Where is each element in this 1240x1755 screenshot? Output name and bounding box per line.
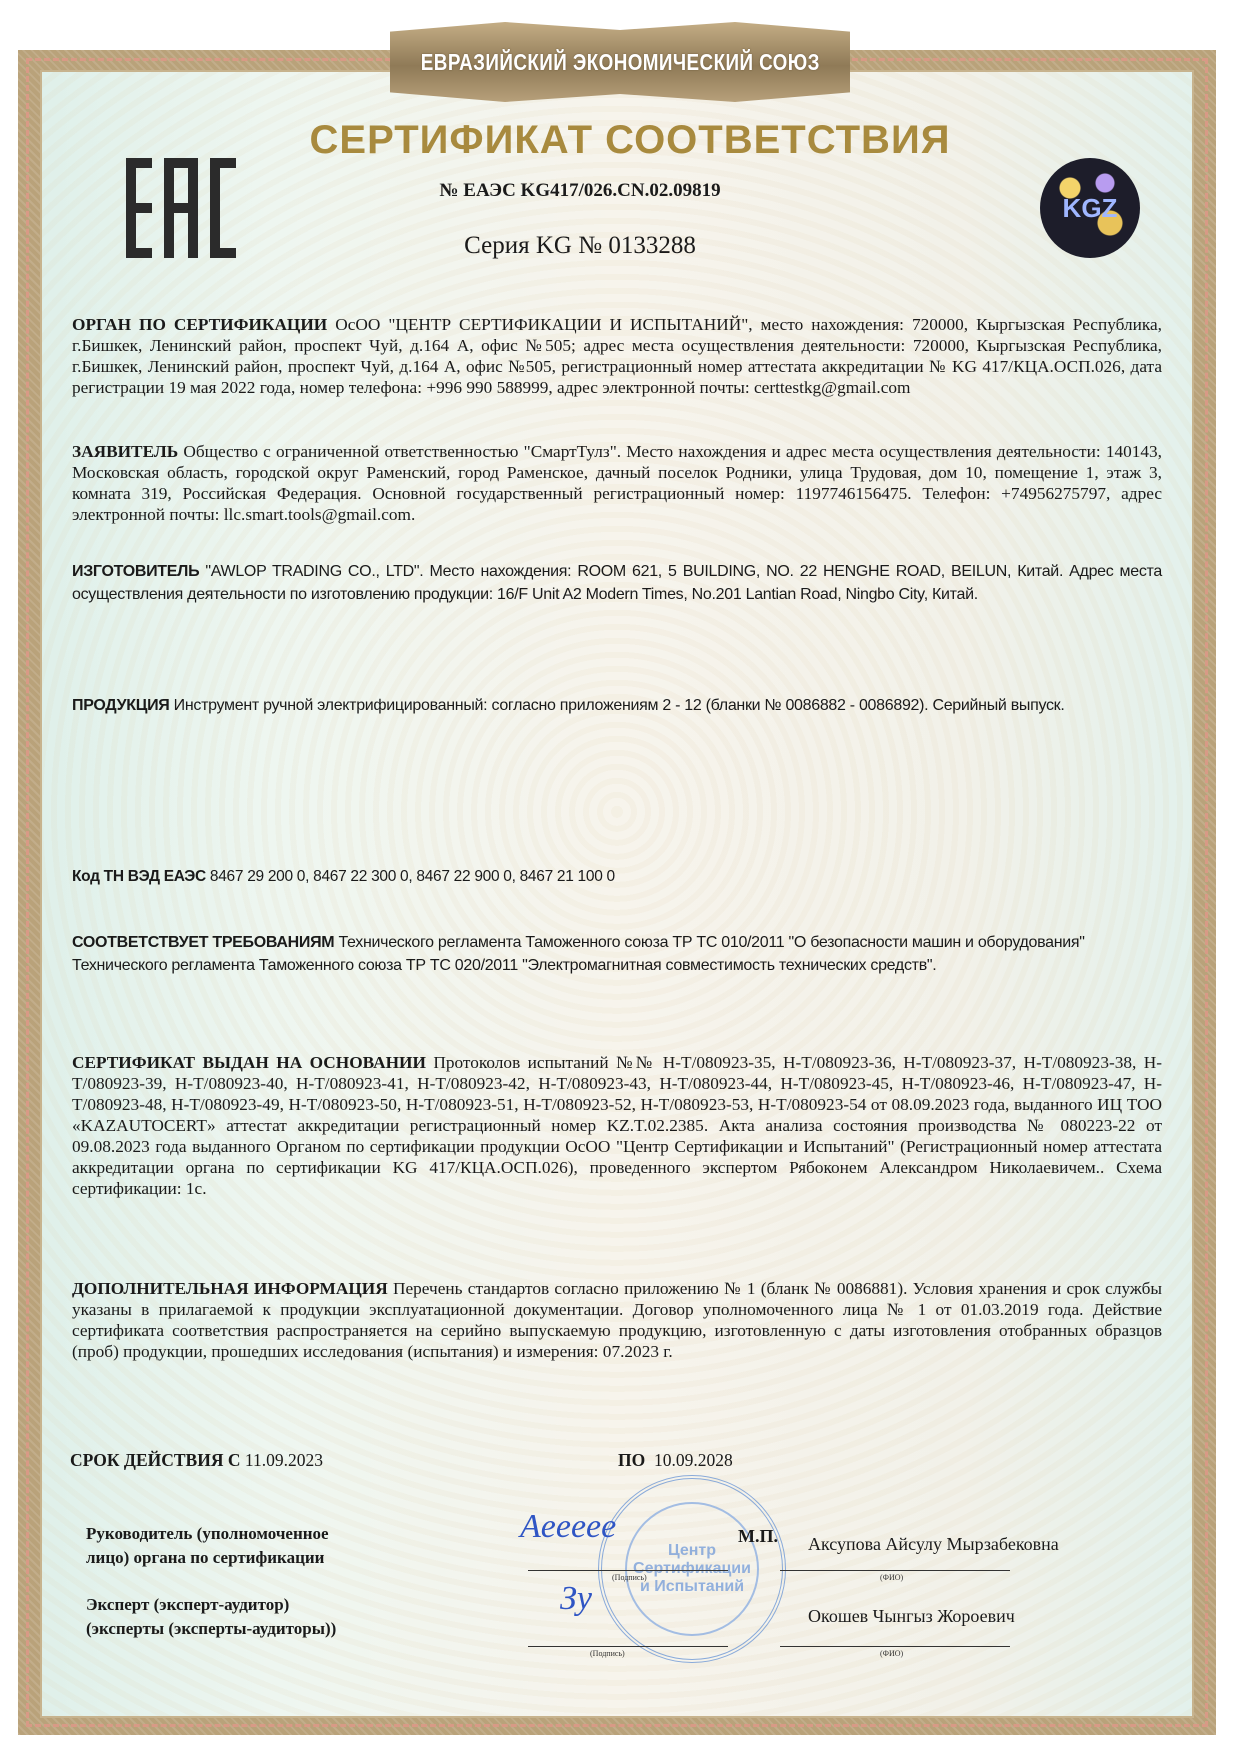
section-basis: СЕРТИФИКАТ ВЫДАН НА ОСНОВАНИИ Протоколов… <box>72 1052 1162 1199</box>
head-fio-caption: (ФИО) <box>880 1573 903 1582</box>
eac-logo-graphic <box>126 158 236 258</box>
validity-from-label: СРОК ДЕЙСТВИЯ С <box>70 1450 240 1470</box>
section-label: ПРОДУКЦИЯ <box>72 697 170 714</box>
section-organ: ОРГАН ПО СЕРТИФИКАЦИИ ОсОО "ЦЕНТР СЕРТИФ… <box>72 314 1162 398</box>
section-label: ИЗГОТОВИТЕЛЬ <box>72 563 199 580</box>
hologram-text: KGZ <box>1063 193 1118 224</box>
head-signatory-name: Аксупова Айсулу Мырзабековна <box>808 1534 1059 1555</box>
union-banner-text: ЕВРАЗИЙСКИЙ ЭКОНОМИЧЕСКИЙ СОЮЗ <box>420 49 819 76</box>
expert-fio-line <box>780 1646 1010 1647</box>
section-label: СООТВЕТСТВУЕТ ТРЕБОВАНИЯМ <box>72 934 334 951</box>
section-applicant: ЗАЯВИТЕЛЬ Общество с ограниченной ответс… <box>72 441 1162 525</box>
expert-signature-caption: (Подпись) <box>590 1649 625 1658</box>
section-text: Инструмент ручной электрифицированный: с… <box>174 697 1065 714</box>
union-banner: ЕВРАЗИЙСКИЙ ЭКОНОМИЧЕСКИЙ СОЮЗ <box>390 22 850 102</box>
section-additional-info: ДОПОЛНИТЕЛЬНАЯ ИНФОРМАЦИЯ Перечень станд… <box>72 1278 1162 1362</box>
section-label: ДОПОЛНИТЕЛЬНАЯ ИНФОРМАЦИЯ <box>72 1279 388 1298</box>
expert-fio-caption: (ФИО) <box>880 1649 903 1658</box>
section-tnved-code: Код ТН ВЭД ЕАЭС 8467 29 200 0, 8467 22 3… <box>72 866 1162 887</box>
section-product: ПРОДУКЦИЯ Инструмент ручной электрифицир… <box>72 694 1162 717</box>
validity-from: СРОК ДЕЙСТВИЯ С 11.09.2023 <box>70 1450 323 1471</box>
certificate-series: Серия KG № 0133288 <box>300 232 860 260</box>
expert-label-line1: Эксперт (эксперт-аудитор) <box>86 1595 289 1614</box>
expert-signature-icon: Зy <box>560 1580 592 1618</box>
section-label: Код ТН ВЭД ЕАЭС <box>72 868 206 885</box>
head-label-line2: лицо) органа по сертификации <box>86 1548 324 1567</box>
head-signature-icon: Aeeeee <box>520 1508 616 1546</box>
section-text: 8467 29 200 0, 8467 22 300 0, 8467 22 90… <box>210 868 615 885</box>
expert-signatory-name: Окошев Чынгыз Жороевич <box>808 1606 1015 1627</box>
section-label: ОРГАН ПО СЕРТИФИКАЦИИ <box>72 315 327 334</box>
head-signature-line <box>528 1570 728 1571</box>
section-text: Протоколов испытаний №№ Н-Т/080923-35, Н… <box>72 1053 1162 1198</box>
certificate-number: № ЕАЭС KG417/026.CN.02.09819 <box>300 180 860 202</box>
section-text: Технического регламента Таможенного союз… <box>338 934 1084 951</box>
expert-signatory-label: Эксперт (эксперт-аудитор) (эксперты (экс… <box>86 1593 336 1641</box>
hologram-seal-icon: KGZ <box>1040 158 1140 258</box>
seal-mark: М.П. <box>738 1526 778 1547</box>
head-fio-line <box>780 1570 1010 1571</box>
section-label: СЕРТИФИКАТ ВЫДАН НА ОСНОВАНИИ <box>72 1053 426 1072</box>
section-label: ЗАЯВИТЕЛЬ <box>72 442 178 461</box>
stamp-inner: Центр Сертификации и Испытаний <box>625 1502 759 1636</box>
section-text: "AWLOP TRADING CO., LTD". Место нахожден… <box>72 563 1162 603</box>
validity-from-date: 11.09.2023 <box>245 1450 323 1470</box>
head-signature-caption: (Подпись) <box>612 1573 647 1582</box>
validity-to: ПО 10.09.2028 <box>618 1450 733 1471</box>
section-conformity: СООТВЕТСТВУЕТ ТРЕБОВАНИЯМ Технического р… <box>72 931 1162 977</box>
expert-label-line2: (эксперты (эксперты-аудиторы)) <box>86 1619 336 1638</box>
validity-to-label: ПО <box>618 1450 645 1470</box>
section-text-2: Технического регламента Таможенного союз… <box>72 957 936 974</box>
certificate-title: СЕРТИФИКАТ СООТВЕТСТВИЯ <box>260 118 1000 163</box>
head-signatory-label: Руководитель (уполномоченное лицо) орган… <box>86 1522 329 1570</box>
section-text: Общество с ограниченной ответственностью… <box>72 442 1162 524</box>
eac-mark-icon <box>126 158 236 258</box>
validity-to-date: 10.09.2028 <box>654 1450 733 1470</box>
head-label-line1: Руководитель (уполномоченное <box>86 1524 329 1543</box>
expert-signature-line <box>528 1646 728 1647</box>
stamp-text-3: и Испытаний <box>640 1578 744 1596</box>
official-stamp: Центр Сертификации и Испытаний <box>598 1475 786 1663</box>
stamp-text-2: Сертификации <box>633 1560 751 1578</box>
section-manufacturer: ИЗГОТОВИТЕЛЬ "AWLOP TRADING CO., LTD". М… <box>72 560 1162 606</box>
stamp-text-1: Центр <box>668 1542 716 1560</box>
